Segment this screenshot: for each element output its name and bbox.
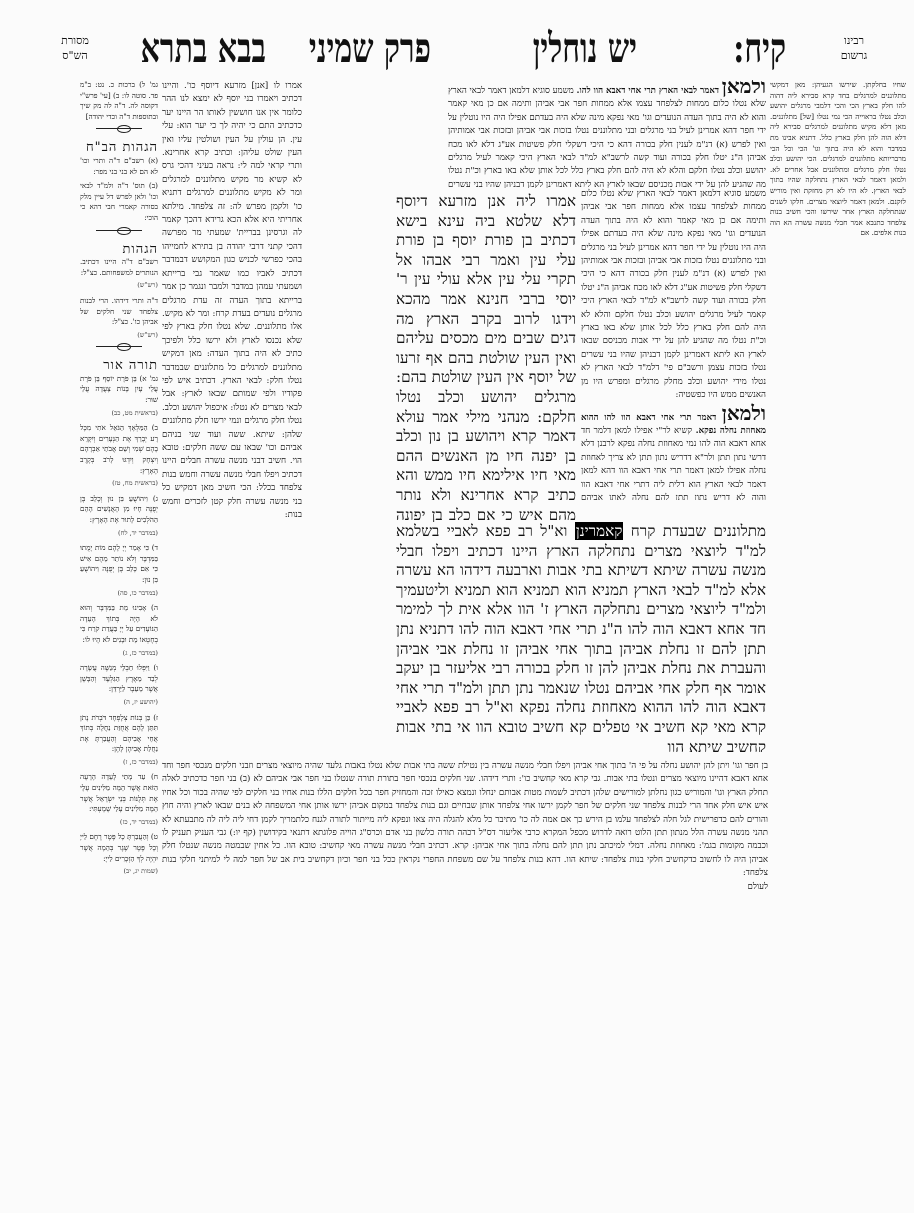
masoret-hashas-text: גמ' ל) ברכות כ. נט: ב"מ פד. סוטה לו: ב) … [80,80,158,122]
hagahot-note: ד"ה ותרי דידהו. הרי לבנות צלפחד שני חלקי… [80,296,158,340]
gemara-main-text: אמרו ליה אנן מזרעא דיוסף דלא שלטא ביה עי… [396,192,576,522]
section-divider [96,230,143,239]
gemara-opening-words: אמרו ליה [516,192,576,210]
rabbeinu-gershom-label: רבינו גרשום [834,33,874,63]
rashbam-bottom-text: בן חפר וגו' ויתן להן יהושע נחלה על פי ה'… [162,761,768,878]
gemara-text: וא"ל רב פפא לאביי בשלמא למ"ד ליוצאי מצרי… [396,522,766,752]
hagahot-habach-note: (א) רשב"ם ד"ה ותרי וכו' לא הם לא בני בני… [80,156,158,177]
torah-or-verse: ז) כֵּן בְּנוֹת צְלָפְחָד דֹּבְרֹת נָתֹן… [80,713,158,768]
torah-or-verse: גמ' א) בֵּן פֹּרָת יוֹסֵף בֵּן פֹּרָת עֲ… [80,374,158,418]
rashbam-last-word: לעולם [162,881,768,894]
chapter-name: יש נוחלין [533,30,637,71]
tosafot-text: משמע סוגיא דלמאן דאמר לבאי הארץ שלא נטלו… [448,86,766,188]
rashbam-commentary-left: אמרו לו [אנן] מזרעא דיוסף כו'. והיינו דכ… [162,80,302,760]
torah-or-verse: ט) וְהַעֲבַרְתָּ כָל פֶּטֶר רֶחֶם לַייָ … [80,832,158,876]
gemara-text-segment: מתלוננים שבעדת קרח [623,522,766,540]
tosafot-commentary-continued: משמע סוגיא דלמאן דאמר לבאי הארץ שלא נטלו… [581,188,766,500]
masoret-hashas-label: מסורת הש"ס [55,33,95,63]
rabbeinu-gershom-column: שחיו בחלקתן. שירשו הגעיהן: מאן דמקשי מתל… [770,80,906,910]
dibur-hamatchil: ולמאן [722,80,766,98]
rashbam-text: אמרו לו [אנן] מזרעא דיוסף כו'. והיינו דכ… [162,80,302,522]
torah-or-verse: ו) וַיִּפְּלוּ חַבְלֵי מְנַשֶּׁה עֲשָׂרָ… [80,663,158,707]
dibur-hamatchil-bold: דאמר לבאי הארץ תרי אחי דאבא הוו להו. [577,86,719,96]
rabbeinu-gershom-text: שחיו בחלקתן. שירשו הגעיהן: מאן דמקשי מתל… [770,80,906,239]
tractate-title: בבא בתרא [141,30,266,71]
hagahot-title: הגהות [80,245,158,256]
dibur-hamatchil: ולמאן [722,401,766,425]
gemara-main-text-lower: מתלוננים שבעדת קרח קאמרינן וא"ל רב פפא ל… [396,522,766,752]
torah-or-verse: ד) כִּי אָמַר יְיָ לָהֶם מוֹת יָמֻתוּ בַ… [80,543,158,598]
page-number: קיח: [733,30,786,71]
gemara-text: אנן מזרעא דיוסף דלא שלטא ביה עינא בישא ד… [396,192,576,522]
section-divider [96,346,143,355]
rashbam-commentary-bottom: בן חפר וגו' ויתן להן יהושע נחלה על פי ה'… [162,760,768,1080]
torah-or-verse: ח) עַד מָתַי לָעֵדָה הָרָעָה הַזֹּאת אֲש… [80,772,158,827]
hagahot-note: רשב"ם ד"ה היינו דכתיב. הנותרים למשפחותם.… [80,257,158,291]
torah-or-verse: ג) וִיהוֹשֻׁעַ בִּן נוּן וְכָלֵב בֶּן יְ… [80,494,158,538]
tosafot-commentary: ולמאן דאמר לבאי הארץ תרי אחי דאבא הוו לה… [448,80,766,188]
highlighted-word[interactable]: קאמרינן [575,522,624,540]
tosafot-text-continued: משמע סוגיא דלמאן דאמר לבאי הארץ שלא נטלו… [581,189,766,400]
left-margin-column: גמ' ל) ברכות כ. נט: ב"מ פד. סוטה לו: ב) … [80,80,158,910]
chapter-number: פרק שמיני [309,30,431,71]
torah-or-verse: ה) אָבִינוּ מֵת בַּמִּדְבָּר וְהוּא לֹא … [80,603,158,658]
hagahot-habach-note: (ב) תוס' ד"ה ולמ"ד לבאי וכו' ולאן לפרש ד… [80,181,158,223]
torah-or-verse: ב) הַמַּלְאָךְ הַגֹּאֵל אֹתִי מִכָּל רָע… [80,423,158,489]
hagahot-habach-title: הגהות הב"ח [80,143,158,154]
torah-or-title: תורה אור [80,361,158,372]
section-divider [96,128,143,137]
tosafot-text: קשיא לר"י אפילו למאן דלמר חד אחא דאבא הו… [581,426,766,500]
